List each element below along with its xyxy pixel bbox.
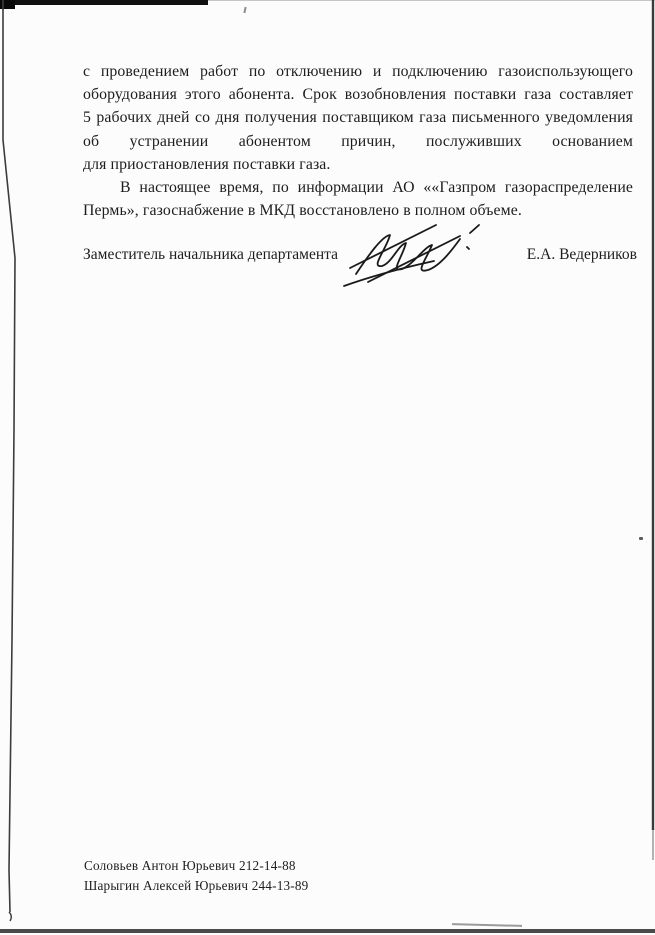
- paragraph-line: об устранении абонентом причин, послужив…: [83, 130, 633, 153]
- signer-position-label: Заместитель начальника департамента: [83, 243, 338, 266]
- paragraph-line: для приостановления поставки газа.: [83, 153, 633, 176]
- footer-contacts: Соловьев Антон Юрьевич 212-14-88 Шарыгин…: [84, 856, 308, 895]
- scanned-document-page: с проведением работ по отключению и подк…: [0, 0, 655, 935]
- footer-contact-line: Соловьев Антон Юрьевич 212-14-88: [84, 856, 308, 876]
- scan-top-black-bar: [0, 0, 208, 5]
- scan-top-corner-blot: [0, 0, 15, 9]
- footer-contact-line: Шарыгин Алексей Юрьевич 244-13-89: [84, 876, 308, 896]
- scan-top-speck: [243, 7, 246, 13]
- letter-body: с проведением работ по отключению и подк…: [83, 60, 633, 222]
- scan-bottom-faint-line: [452, 923, 522, 927]
- paragraph-line: В настоящее время, по информации АО ««Га…: [83, 176, 633, 199]
- handwritten-signature: [340, 216, 488, 290]
- paragraph-line: с проведением работ по отключению и подк…: [83, 60, 633, 83]
- paragraph-line: 5 рабочих дней со дня получения поставщи…: [83, 106, 633, 129]
- paragraph-line: оборудования этого абонента. Срок возобн…: [83, 83, 633, 106]
- scan-bottom-edge-band: [0, 929, 655, 933]
- signer-name: Е.А. Ведерников: [527, 243, 637, 266]
- scan-speck: [639, 537, 643, 540]
